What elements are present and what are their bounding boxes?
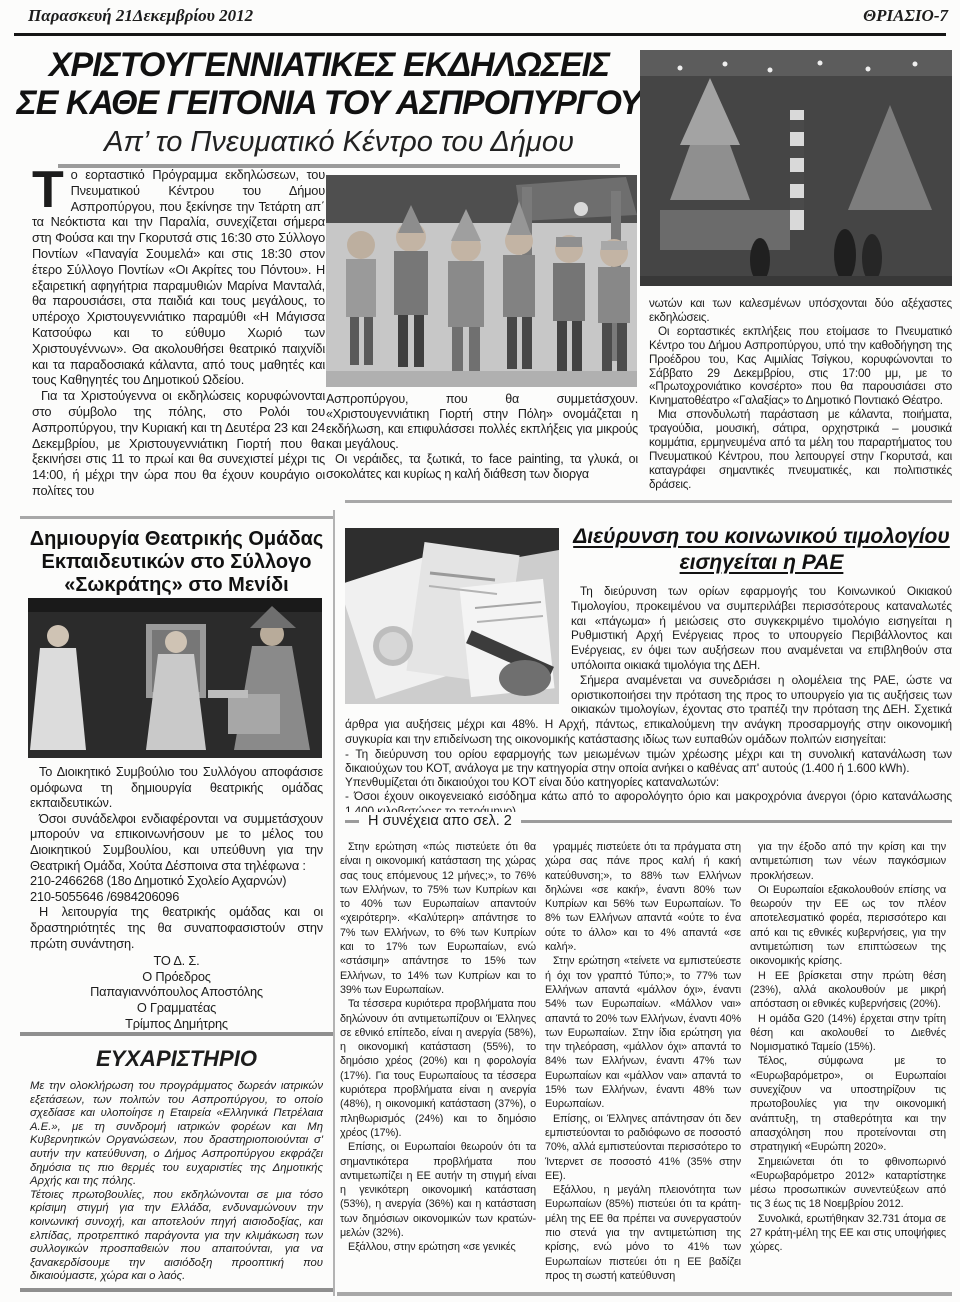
christmas-market-photo (640, 50, 952, 286)
thank-you-title: ΕΥΧΑΡΙΣΤΗΡΙΟ (30, 1046, 323, 1072)
lead-paragraph: Για τα Χριστούγεννα οι εκδηλώσεις κορυφώ… (32, 388, 325, 499)
theater-phone-line: 210-2466268 (18ο Δημοτικό Σχολείο Αχαρνώ… (30, 873, 323, 889)
lead-headline-line2: ΣΕ ΚΑΘΕ ΓΕΙΤΟΝΙΑ ΤΟΥ ΑΣΠΡΟΠΥΡΓΟΥ (14, 84, 644, 122)
survey-paragraph: Εξάλλου, στην ερώτηση «σε γενικές (340, 1240, 536, 1254)
signature-line: ΤΟ Δ. Σ. (30, 953, 323, 969)
newspaper-page: Παρασκευή 21Δεκεμβρίου 2012 ΘΡΙΑΣΙΟ-7 ΧΡ… (0, 0, 960, 1302)
continued-from-page-2-bar: Η συνέχεια απο σελ. 2 (345, 813, 952, 829)
continued-from-label: Η συνέχεια απο σελ. 2 (359, 813, 521, 829)
thank-you-notice-box: ΕΥΧΑΡΙΣΤΗΡΙΟ Με την ολοκλήρωση του προγρ… (20, 1032, 333, 1292)
survey-paragraph: Η ΕΕ βρίσκεται στην πρώτη θέση (23%), αλ… (750, 969, 946, 1012)
masthead-rule (14, 33, 946, 36)
survey-paragraph: Επίσης, οι Έλληνες απάντησαν ότι δεν εμπ… (545, 1112, 741, 1183)
theater-article-body: Το Διοικητικό Συμβούλιο του Συλλόγου απο… (30, 764, 323, 1030)
signature-line: Ο Πρόεδρος (30, 969, 323, 985)
thank-you-paragraph: Τέτοιες πρωτοβουλίες, που εκδηλώνονται σ… (30, 1189, 323, 1284)
survey-column-3: για την έξοδο από την κρίση και την αντι… (750, 840, 946, 1296)
rae-note: Υπενθυμίζεται ότι δικαιούχοι του ΚΟΤ είν… (345, 775, 952, 789)
theater-paragraph: Η λειτουργία της θεατρικής ομάδας και οι… (30, 904, 323, 951)
signature-line: Ο Γραμματέας (30, 1000, 323, 1016)
survey-paragraph: Τέλος, σύμφωνα με το «Ευρωβαρόμετρο», οι… (750, 1054, 946, 1154)
masthead-title: ΘΡΙΑΣΙΟ-7 (863, 6, 948, 26)
lead-paragraph: Το εορταστικό Πρόγραμμα εκδηλώσεων, του … (32, 167, 325, 388)
theater-paragraph: Όσοι συνάδελφοι ενδιαφέρονται να συμμετά… (30, 811, 323, 873)
lead-paragraph: νωτών και των καλεσμένων υπόσχονται δύο … (649, 297, 952, 325)
signature-line: Παπαγιαννόπουλος Αποστόλης (30, 984, 323, 1000)
drop-cap: Τ (32, 167, 71, 211)
signature-line: Τρίμπος Δημήτρης (30, 1016, 323, 1031)
thank-you-paragraph: Με την ολοκλήρωση του προγράμματος δωρεά… (30, 1080, 323, 1189)
lead-column-3: νωτών και των καλεσμένων υπόσχονται δύο … (649, 297, 952, 509)
lead-column-1: Το εορταστικό Πρόγραμμα εκδηλώσεων, του … (32, 167, 325, 515)
rae-bullet: - Όσοι έχουν οικογενειακό εισόδημα κάτω … (345, 789, 952, 812)
survey-paragraph: Στην ερώτηση «τείνετε να εμπιστεύεστε ή … (545, 954, 741, 1111)
theater-phone-line: 210-5055646 /6984206096 (30, 889, 323, 905)
survey-column-2: γραμμές πιστεύετε ότι τα πράγματα στη χώ… (545, 840, 741, 1296)
rae-bullet: - Τη διεύρυνση του ορίου εφαρμογής των μ… (345, 747, 952, 775)
survey-paragraph: Σημειώνεται ότι το φθινοπωρινό «Ευρωβαρό… (750, 1155, 946, 1212)
survey-paragraph: για την έξοδο από την κρίση και την αντι… (750, 840, 946, 883)
lead-paragraph: Μια σπονδυλωτή παράσταση με κάλαντα, ποι… (649, 408, 952, 491)
page-date: Παρασκευή 21Δεκεμβρίου 2012 (28, 6, 253, 26)
lead-column-2: Ασπροπύργου, που θα συμμετάσχουν. «Χριστ… (326, 392, 638, 508)
theater-article-headline: Δημιουργία Θεατρικής Ομάδας Εκπαιδευτικώ… (20, 528, 333, 597)
lead-paragraph: Ασπροπύργου, που θα συμμετάσχουν. «Χριστ… (326, 392, 638, 452)
electricity-bills-photo (345, 528, 559, 704)
survey-column-1: Στην ερώτηση «πώς πιστεύετε ότι θα είναι… (340, 840, 536, 1296)
survey-paragraph: Τα τέσσερα κυριότερα προβλήματα που δηλώ… (340, 997, 536, 1140)
divider-dash (345, 820, 359, 823)
lead-headline-line1: ΧΡΙΣΤΟΥΓΕΝΝΙΑΤΙΚΕΣ ΕΚΔΗΛΩΣΕΙΣ (14, 46, 644, 84)
survey-paragraph: γραμμές πιστεύετε ότι τα πράγματα στη χώ… (545, 840, 741, 954)
santa-children-photo (326, 175, 637, 387)
survey-paragraph: Η ομάδα G20 (14%) έρχεται στην τρίτη θέσ… (750, 1012, 946, 1055)
lead-paragraph: Οι εορταστικές εκπλήξεις που ετοίμασε το… (649, 325, 952, 408)
survey-paragraph: Συνολικά, ερωτήθηκαν 32.731 άτομα σε 27 … (750, 1212, 946, 1255)
rae-article: Διεύρυνση του κοινωνικού τιμολογίου ειση… (345, 524, 952, 812)
theater-paragraph: Το Διοικητικό Συμβούλιο του Συλλόγου απο… (30, 764, 323, 811)
horizontal-divider (20, 516, 333, 519)
survey-paragraph: Στην ερώτηση «πώς πιστεύετε ότι θα είναι… (340, 840, 536, 997)
divider-line (521, 820, 952, 823)
theater-scene-photo (28, 598, 322, 758)
bottom-rule (337, 1292, 952, 1296)
vertical-divider (333, 510, 335, 1296)
survey-paragraph: Επίσης, οι Ευρωπαίοι θεωρούν ότι τα σημα… (340, 1140, 536, 1240)
survey-paragraph: Εξάλλου, η μεγάλη πλειονότητα των Ευρωπα… (545, 1183, 741, 1283)
survey-paragraph: Οι Ευρωπαίοι εξακολουθούν επίσης να θεωρ… (750, 883, 946, 969)
horizontal-divider (345, 500, 952, 503)
lead-paragraph: Οι νεράιδες, τα ξωτικά, το face painting… (326, 452, 638, 482)
theater-signature-block: ΤΟ Δ. Σ. Ο Πρόεδρος Παπαγιαννόπουλος Απο… (30, 953, 323, 1030)
lead-headline: ΧΡΙΣΤΟΥΓΕΝΝΙΑΤΙΚΕΣ ΕΚΔΗΛΩΣΕΙΣ ΣΕ ΚΑΘΕ ΓΕ… (14, 46, 644, 122)
lead-subtitle: Απ’ το Πνευματικό Κέντρο του Δήμου (58, 126, 620, 168)
